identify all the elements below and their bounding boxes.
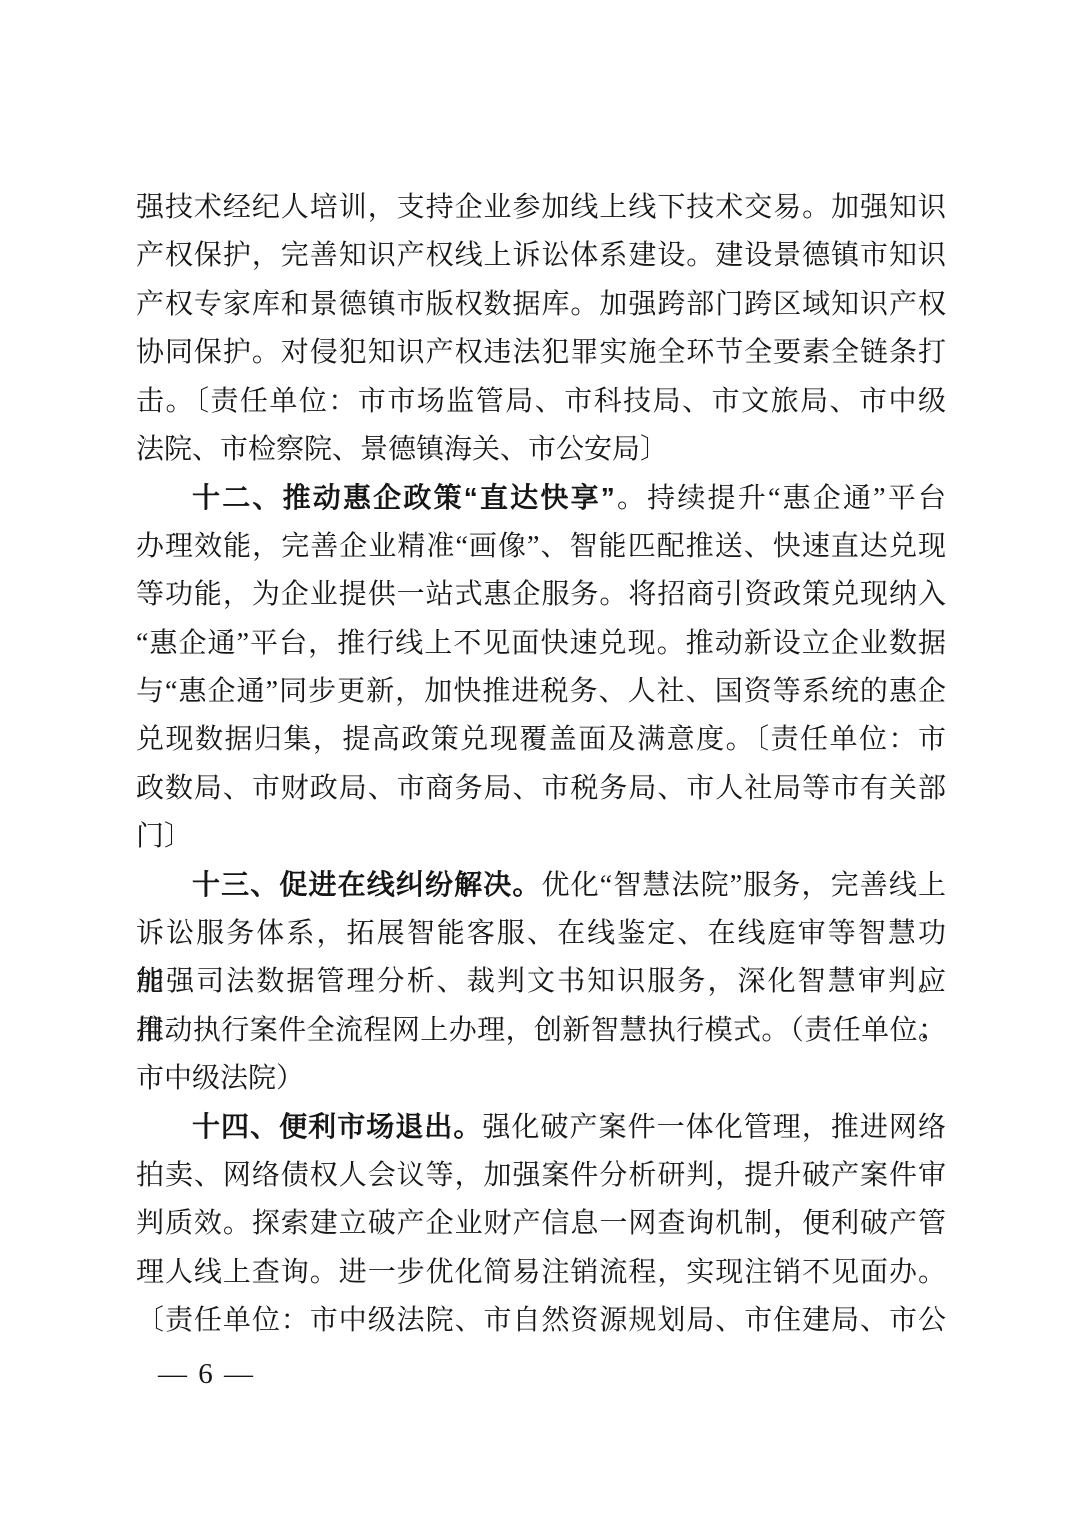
text-line: 〔责任单位：市中级法院、市自然资源规划局、市住建局、市公 [136, 1297, 946, 1345]
text-segment: 强化破产案件一体化管理，推进网络 [482, 1112, 946, 1143]
document-body: 强技术经纪人培训，支持企业参加线上线下技术交易。加强知识产权保护，完善知识产权线… [136, 184, 946, 1345]
text-segment: 推动执行案件全流程网上办理，创新智慧执行模式。（责任单位： [136, 1015, 946, 1046]
heading-segment: 十三、促进在线纠纷解决。 [192, 869, 541, 900]
text-line: 拍卖、网络债权人会议等，加强案件分析研判，提升破产案件审 [136, 1152, 946, 1200]
text-segment: 等功能，为企业提供一站式惠企服务。将招商引资政策兑现纳入 [136, 579, 946, 610]
text-segment: 法院、市检察院、景德镇海关、市公安局〕 [136, 434, 668, 465]
text-line: 十三、促进在线纠纷解决。优化“智慧法院”服务，完善线上 [136, 861, 946, 909]
text-segment: 理人线上查询。进一步优化简易注销流程，实现注销不见面办。 [136, 1257, 946, 1288]
text-line: 兑现数据归集，提高政策兑现覆盖面及满意度。〔责任单位：市 [136, 716, 946, 764]
document-page: 强技术经纪人培训，支持企业参加线上线下技术交易。加强知识产权保护，完善知识产权线… [0, 0, 1074, 1520]
text-segment: 市中级法院） [136, 1063, 304, 1094]
text-line: 理人线上查询。进一步优化简易注销流程，实现注销不见面办。 [136, 1249, 946, 1297]
text-line: 政数局、市财政局、市商务局、市税务局、市人社局等市有关部 [136, 765, 946, 813]
text-segment: 拍卖、网络债权人会议等，加强案件分析研判，提升破产案件审 [136, 1160, 946, 1191]
text-line: 等功能，为企业提供一站式惠企服务。将招商引资政策兑现纳入 [136, 571, 946, 619]
text-line: 诉讼服务体系，拓展智能客服、在线鉴定、在线庭审等智慧功能。 [136, 910, 946, 958]
text-line: 强技术经纪人培训，支持企业参加线上线下技术交易。加强知识 [136, 184, 946, 232]
text-segment: 门〕 [136, 821, 192, 852]
text-segment: 强技术经纪人培训，支持企业参加线上线下技术交易。加强知识 [136, 192, 946, 223]
text-segment: 产权保护，完善知识产权线上诉讼体系建设。建设景德镇市知识 [136, 240, 946, 271]
text-line: 判质效。探索建立破产企业财产信息一网查询机制，便利破产管 [136, 1200, 946, 1248]
text-line: 协同保护。对侵犯知识产权违法犯罪实施全环节全要素全链条打 [136, 329, 946, 377]
text-line: 产权保护，完善知识产权线上诉讼体系建设。建设景德镇市知识 [136, 232, 946, 280]
heading-segment: 十二、推动惠企政策“直达快享” [192, 482, 615, 513]
text-line: 产权专家库和景德镇市版权数据库。加强跨部门跨区域知识产权 [136, 281, 946, 329]
text-segment: 兑现数据归集，提高政策兑现覆盖面及满意度。〔责任单位：市 [136, 724, 946, 755]
text-segment: 优化“智慧法院”服务，完善线上 [541, 870, 946, 901]
text-line: “惠企通”平台，推行线上不见面快速兑现。推动新设立企业数据 [136, 620, 946, 668]
text-line: 办理效能，完善企业精准“画像”、智能匹配推送、快速直达兑现 [136, 523, 946, 571]
text-line: 市中级法院） [136, 1055, 946, 1103]
text-line: 门〕 [136, 813, 946, 861]
text-segment: 协同保护。对侵犯知识产权违法犯罪实施全环节全要素全链条打 [136, 337, 946, 368]
text-line: 十二、推动惠企政策“直达快享”。持续提升“惠企通”平台 [136, 474, 946, 522]
text-segment: 判质效。探索建立破产企业财产信息一网查询机制，便利破产管 [136, 1208, 946, 1239]
text-segment: 〔责任单位：市中级法院、市自然资源规划局、市住建局、市公 [136, 1305, 946, 1336]
text-line: 法院、市检察院、景德镇海关、市公安局〕 [136, 426, 946, 474]
text-line: 推动执行案件全流程网上办理，创新智慧执行模式。（责任单位： [136, 1007, 946, 1055]
text-segment: 击。〔责任单位：市市场监管局、市科技局、市文旅局、市中级 [136, 386, 946, 417]
text-line: 十四、便利市场退出。强化破产案件一体化管理，推进网络 [136, 1103, 946, 1151]
text-segment: 政数局、市财政局、市商务局、市税务局、市人社局等市有关部 [136, 773, 946, 804]
text-line: 击。〔责任单位：市市场监管局、市科技局、市文旅局、市中级 [136, 378, 946, 426]
text-segment: 。持续提升“惠企通”平台 [615, 483, 946, 514]
text-segment: 产权专家库和景德镇市版权数据库。加强跨部门跨区域知识产权 [136, 289, 946, 320]
text-segment: 与“惠企通”同步更新，加快推进税务、人社、国资等系统的惠企 [136, 676, 946, 707]
text-segment: “惠企通”平台，推行线上不见面快速兑现。推动新设立企业数据 [136, 628, 946, 659]
page-number: — 6 — [158, 1350, 255, 1398]
text-line: 加强司法数据管理分析、裁判文书知识服务，深化智慧审判应用。 [136, 958, 946, 1006]
heading-segment: 十四、便利市场退出。 [192, 1111, 482, 1142]
text-line: 与“惠企通”同步更新，加快推进税务、人社、国资等系统的惠企 [136, 668, 946, 716]
text-segment: 办理效能，完善企业精准“画像”、智能匹配推送、快速直达兑现 [136, 531, 946, 562]
